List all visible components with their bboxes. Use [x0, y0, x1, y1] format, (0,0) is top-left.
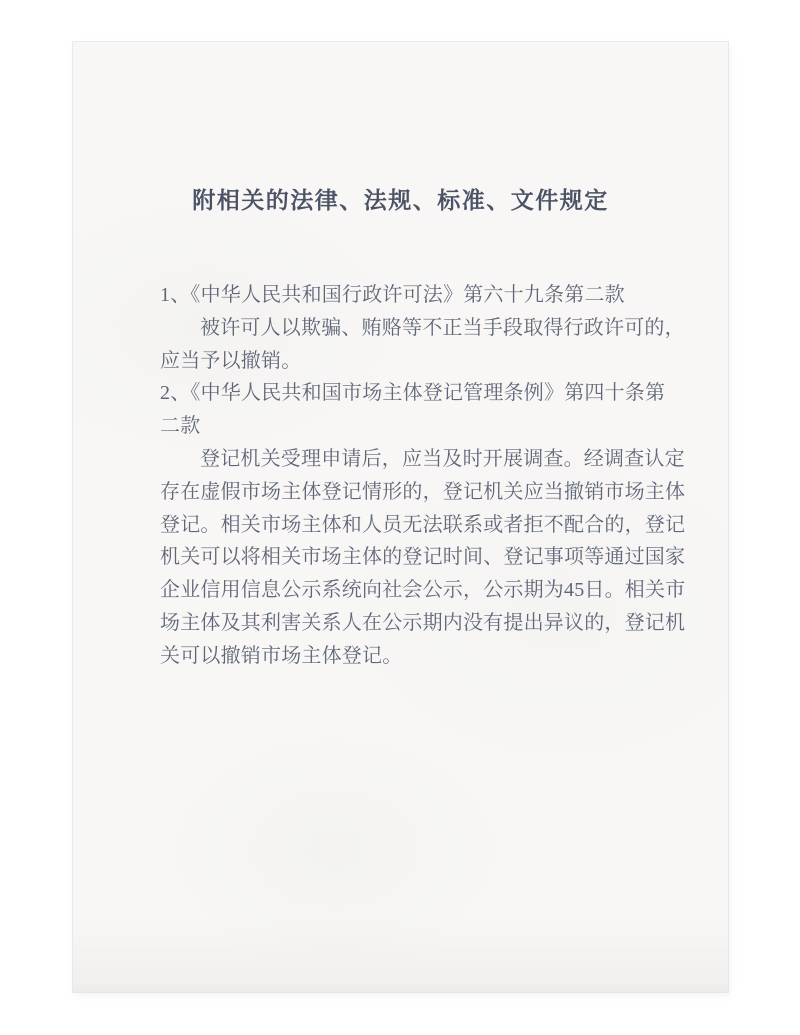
text-line: 2、《中华人民共和国市场主体登记管理条例》第四十条第: [160, 377, 684, 410]
text-line: 机关可以将相关市场主体的登记时间、登记事项等通过国家: [160, 541, 684, 574]
text-line: 应当予以撤销。: [160, 345, 684, 378]
text-line: 登记。相关市场主体和人员无法联系或者拒不配合的，登记: [160, 509, 684, 542]
text-line: 二款: [160, 410, 684, 443]
text-line: 登记机关受理申请后，应当及时开展调查。经调查认定: [160, 443, 684, 476]
text-line: 1、《中华人民共和国行政许可法》第六十九条第二款: [160, 279, 684, 312]
text-line: 场主体及其利害关系人在公示期内没有提出异议的，登记机: [160, 607, 684, 640]
document-body: 1、《中华人民共和国行政许可法》第六十九条第二款被许可人以欺骗、贿赂等不正当手段…: [160, 279, 684, 673]
scanned-page: 附相关的法律、法规、标准、文件规定 1、《中华人民共和国行政许可法》第六十九条第…: [73, 42, 728, 992]
text-line: 存在虚假市场主体登记情形的，登记机关应当撤销市场主体: [160, 476, 684, 509]
document-title: 附相关的法律、法规、标准、文件规定: [73, 182, 728, 215]
text-line: 被许可人以欺骗、贿赂等不正当手段取得行政许可的，: [160, 312, 684, 345]
text-line: 企业信用信息公示系统向社会公示，公示期为45日。相关市: [160, 574, 684, 607]
scan-background: 附相关的法律、法规、标准、文件规定 1、《中华人民共和国行政许可法》第六十九条第…: [0, 0, 800, 1035]
text-line: 关可以撤销市场主体登记。: [160, 640, 684, 673]
